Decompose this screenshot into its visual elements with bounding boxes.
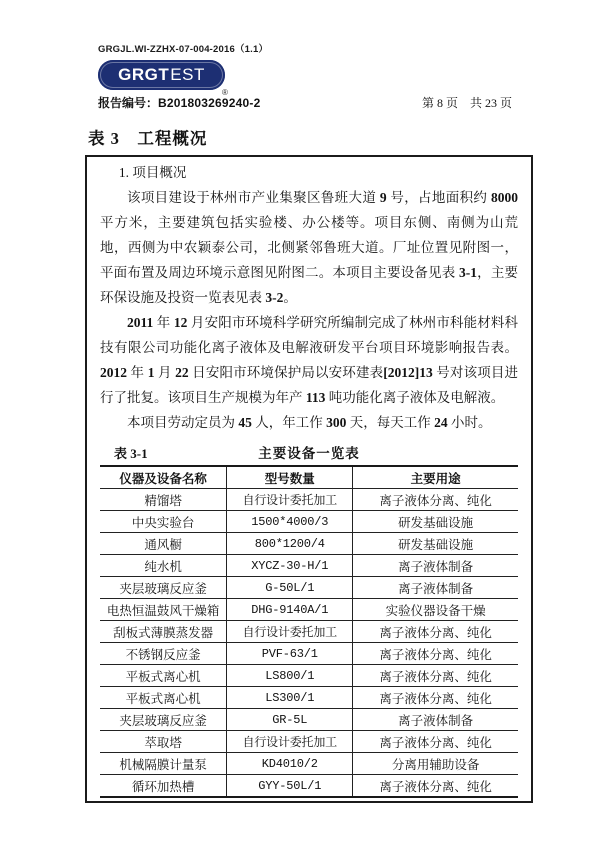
cell-equipment-name: 精馏塔 [100, 489, 227, 511]
cell-model-qty: 自行设计委托加工 [227, 731, 353, 753]
table-row: 纯水机XYCZ-30-H/1离子液体制备 [100, 555, 518, 577]
table-row: 循环加热槽GYY-50L/1离子液体分离、纯化 [100, 775, 518, 798]
table-row: 精馏塔自行设计委托加工离子液体分离、纯化 [100, 489, 518, 511]
cell-equipment-name: 中央实验台 [100, 511, 227, 533]
cell-model-qty: 自行设计委托加工 [227, 621, 353, 643]
table-row: 夹层玻璃反应釜G-50L/1离子液体制备 [100, 577, 518, 599]
paragraph-project-overview: 该项目建设于林州市产业集聚区鲁班大道 9 号，占地面积约 8000 平方米，主要… [100, 185, 518, 310]
cell-main-use: 离子液体分离、纯化 [353, 687, 518, 709]
cell-model-qty: 自行设计委托加工 [227, 489, 353, 511]
table-row: 机械隔膜计量泵KD4010/2分离用辅助设备 [100, 753, 518, 775]
cell-model-qty: LS800/1 [227, 665, 353, 687]
cell-main-use: 离子液体分离、纯化 [353, 775, 518, 798]
cell-equipment-name: 纯水机 [100, 555, 227, 577]
content-box: 1. 项目概况 该项目建设于林州市产业集聚区鲁班大道 9 号，占地面积约 800… [85, 155, 533, 803]
cell-model-qty: DHG-9140A/1 [227, 599, 353, 621]
table-caption: 表 3-1 主要设备一览表 [100, 443, 518, 465]
section-heading: 1. 项目概况 [100, 160, 518, 185]
table-row: 电热恒温鼓风干燥箱DHG-9140A/1实验仪器设备干燥 [100, 599, 518, 621]
cell-model-qty: GYY-50L/1 [227, 775, 353, 798]
cell-model-qty: XYCZ-30-H/1 [227, 555, 353, 577]
cell-model-qty: G-50L/1 [227, 577, 353, 599]
table-caption-number: 表 3-1 [114, 443, 148, 465]
cell-model-qty: LS300/1 [227, 687, 353, 709]
cell-main-use: 实验仪器设备干燥 [353, 599, 518, 621]
cell-main-use: 离子液体制备 [353, 709, 518, 731]
table-row: 夹层玻璃反应釜GR-5L离子液体制备 [100, 709, 518, 731]
cell-main-use: 分离用辅助设备 [353, 753, 518, 775]
doc-code: GRGJL.WI-ZZHX-07-004-2016（1.1） [98, 41, 268, 55]
cell-main-use: 离子液体分离、纯化 [353, 731, 518, 753]
page-indicator: 第 8 页 共 23 页 [422, 94, 512, 111]
cell-model-qty: 800*1200/4 [227, 533, 353, 555]
cell-model-qty: PVF-63/1 [227, 643, 353, 665]
cell-main-use: 离子液体制备 [353, 577, 518, 599]
cell-model-qty: KD4010/2 [227, 753, 353, 775]
paragraph-approval-history: 2011 年 12 月安阳市环境科学研究所编制完成了林州市科能材料科技有限公司功… [100, 310, 518, 410]
table-caption-title: 主要设备一览表 [100, 443, 518, 465]
document-page: GRGJL.WI-ZZHX-07-004-2016（1.1） GRGTEST ®… [0, 0, 612, 865]
document-title: 表 3 工程概况 [88, 125, 207, 149]
cell-equipment-name: 夹层玻璃反应釜 [100, 709, 227, 731]
table-row: 平板式离心机LS300/1离子液体分离、纯化 [100, 687, 518, 709]
cell-equipment-name: 萃取塔 [100, 731, 227, 753]
report-number-label: 报告编号： [98, 96, 158, 110]
cell-model-qty: GR-5L [227, 709, 353, 731]
column-header-equipment-name: 仪器及设备名称 [100, 466, 227, 489]
cell-model-qty: 1500*4000/3 [227, 511, 353, 533]
report-number-value: B201803269240-2 [158, 96, 260, 110]
table-row: 不锈钢反应釜PVF-63/1离子液体分离、纯化 [100, 643, 518, 665]
cell-equipment-name: 通风橱 [100, 533, 227, 555]
cell-equipment-name: 电热恒温鼓风干燥箱 [100, 599, 227, 621]
cell-equipment-name: 平板式离心机 [100, 665, 227, 687]
cell-main-use: 研发基础设施 [353, 533, 518, 555]
cell-main-use: 离子液体分离、纯化 [353, 665, 518, 687]
logo-text-light: EST [170, 65, 205, 85]
cell-main-use: 离子液体分离、纯化 [353, 621, 518, 643]
cell-main-use: 研发基础设施 [353, 511, 518, 533]
column-header-model-qty: 型号数量 [227, 466, 353, 489]
table-row: 通风橱800*1200/4研发基础设施 [100, 533, 518, 555]
brand-logo: GRGTEST [98, 60, 225, 90]
cell-equipment-name: 不锈钢反应釜 [100, 643, 227, 665]
report-number: 报告编号：B201803269240-2 [98, 94, 260, 112]
column-header-main-use: 主要用途 [353, 466, 518, 489]
table-row: 萃取塔自行设计委托加工离子液体分离、纯化 [100, 731, 518, 753]
equipment-table: 仪器及设备名称 型号数量 主要用途 精馏塔自行设计委托加工离子液体分离、纯化 中… [100, 465, 518, 798]
table-row: 平板式离心机LS800/1离子液体分离、纯化 [100, 665, 518, 687]
cell-equipment-name: 平板式离心机 [100, 687, 227, 709]
table-header-row: 仪器及设备名称 型号数量 主要用途 [100, 466, 518, 489]
paragraph-staffing: 本项目劳动定员为 45 人，年工作 300 天，每天工作 24 小时。 [100, 410, 518, 435]
report-header-row: 报告编号：B201803269240-2 第 8 页 共 23 页 [98, 94, 512, 112]
cell-equipment-name: 刮板式薄膜蒸发器 [100, 621, 227, 643]
cell-main-use: 离子液体分离、纯化 [353, 643, 518, 665]
cell-main-use: 离子液体分离、纯化 [353, 489, 518, 511]
cell-equipment-name: 机械隔膜计量泵 [100, 753, 227, 775]
cell-main-use: 离子液体制备 [353, 555, 518, 577]
table-row: 刮板式薄膜蒸发器自行设计委托加工离子液体分离、纯化 [100, 621, 518, 643]
table-row: 中央实验台1500*4000/3研发基础设施 [100, 511, 518, 533]
logo-text-bold: GRGT [118, 65, 169, 85]
cell-equipment-name: 循环加热槽 [100, 775, 227, 798]
cell-equipment-name: 夹层玻璃反应釜 [100, 577, 227, 599]
